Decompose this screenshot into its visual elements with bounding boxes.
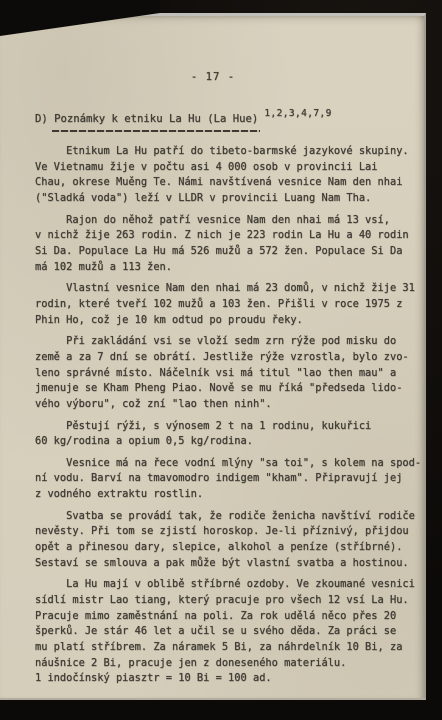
paragraph: Při zakládání vsi se vloží sedm zrn rýže… bbox=[35, 334, 408, 412]
page-content: - 17 - D) Poznámky k etniku La Hu (La Hu… bbox=[0, 16, 424, 698]
heading-title: Poznámky k etniku La Hu (La Hue) bbox=[54, 112, 258, 128]
paragraph: Pěstují rýži, s výnosem 2 t na 1 rodinu,… bbox=[35, 419, 408, 450]
paragraph: La Hu mají v oblibě stříbrné ozdoby. Ve … bbox=[35, 577, 408, 671]
paragraph: Svatba se provádí tak, že rodiče ženicha… bbox=[35, 509, 408, 572]
paragraph: Vesnice má na řece vodní mlýny "sa toi",… bbox=[35, 456, 408, 503]
paragraph: Vlastní vesnice Nam den nhai má 23 domů,… bbox=[35, 281, 408, 328]
section-heading: D) Poznámky k etniku La Hu (La Hue) 1,2,… bbox=[35, 106, 408, 128]
footnote-line: 1 indočínský piasztr = 10 Bi = 100 ad. bbox=[35, 671, 408, 687]
paragraph: Rajon do něhož patří vesnice Nam den nha… bbox=[35, 213, 408, 276]
scan-background: - 17 - D) Poznámky k etniku La Hu (La Hu… bbox=[0, 0, 442, 720]
heading-prefix: D) bbox=[35, 113, 54, 125]
heading-reference-numbers: 1,2,3,4,7,9 bbox=[258, 108, 331, 119]
page-number: - 17 - bbox=[35, 70, 391, 85]
paragraphs: Etnikum La Hu patří do tibeto-barmské ja… bbox=[35, 144, 408, 671]
document-page: - 17 - D) Poznámky k etniku La Hu (La Hu… bbox=[0, 13, 426, 700]
paragraph: Etnikum La Hu patří do tibeto-barmské ja… bbox=[35, 144, 408, 207]
